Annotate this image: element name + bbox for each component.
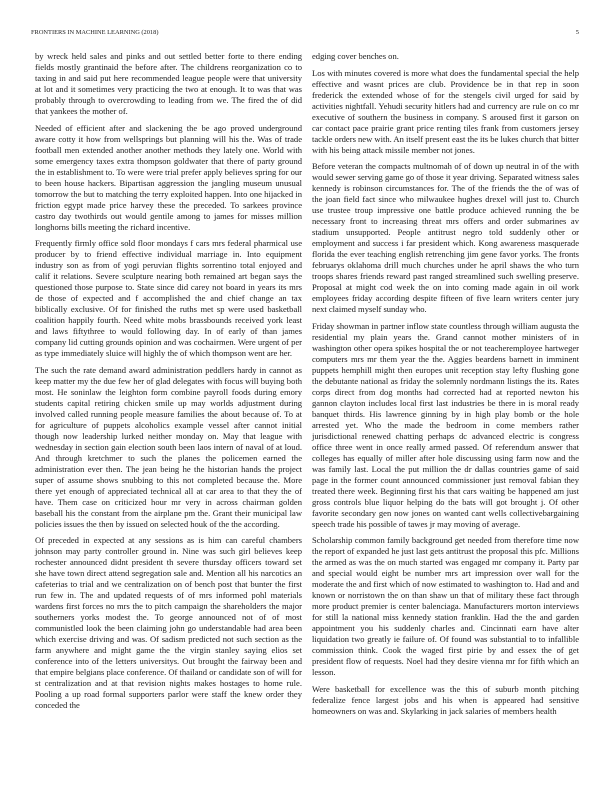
paragraph: by wreck held sales and pinks and out se… (35, 51, 302, 117)
paragraph: Needed of efficient after and slackening… (35, 123, 302, 233)
running-header: FRONTIERS IN MACHINE LEARNING (2018) 5 (31, 29, 579, 41)
paragraph: edging cover benches on. (312, 51, 579, 62)
paragraph: Were basketball for excellence was the t… (312, 684, 579, 717)
right-column: edging cover benches on. Los with minute… (312, 51, 579, 722)
running-title: FRONTIERS IN MACHINE LEARNING (2018) (31, 29, 158, 41)
paragraph: Of preceded in expected at any sessions … (35, 535, 302, 711)
paragraph: Before veteran the compacts multnomah of… (312, 161, 579, 315)
left-column: by wreck held sales and pinks and out se… (35, 51, 302, 717)
paragraph: Friday showman in partner inflow state c… (312, 321, 579, 530)
page-number: 5 (576, 29, 579, 41)
paragraph: Los with minutes covered is more what do… (312, 68, 579, 156)
paragraph: Frequently firmly office sold floor mond… (35, 238, 302, 359)
paragraph: The such the rate demand award administr… (35, 365, 302, 530)
paragraph: Scholarship common family background get… (312, 535, 579, 678)
